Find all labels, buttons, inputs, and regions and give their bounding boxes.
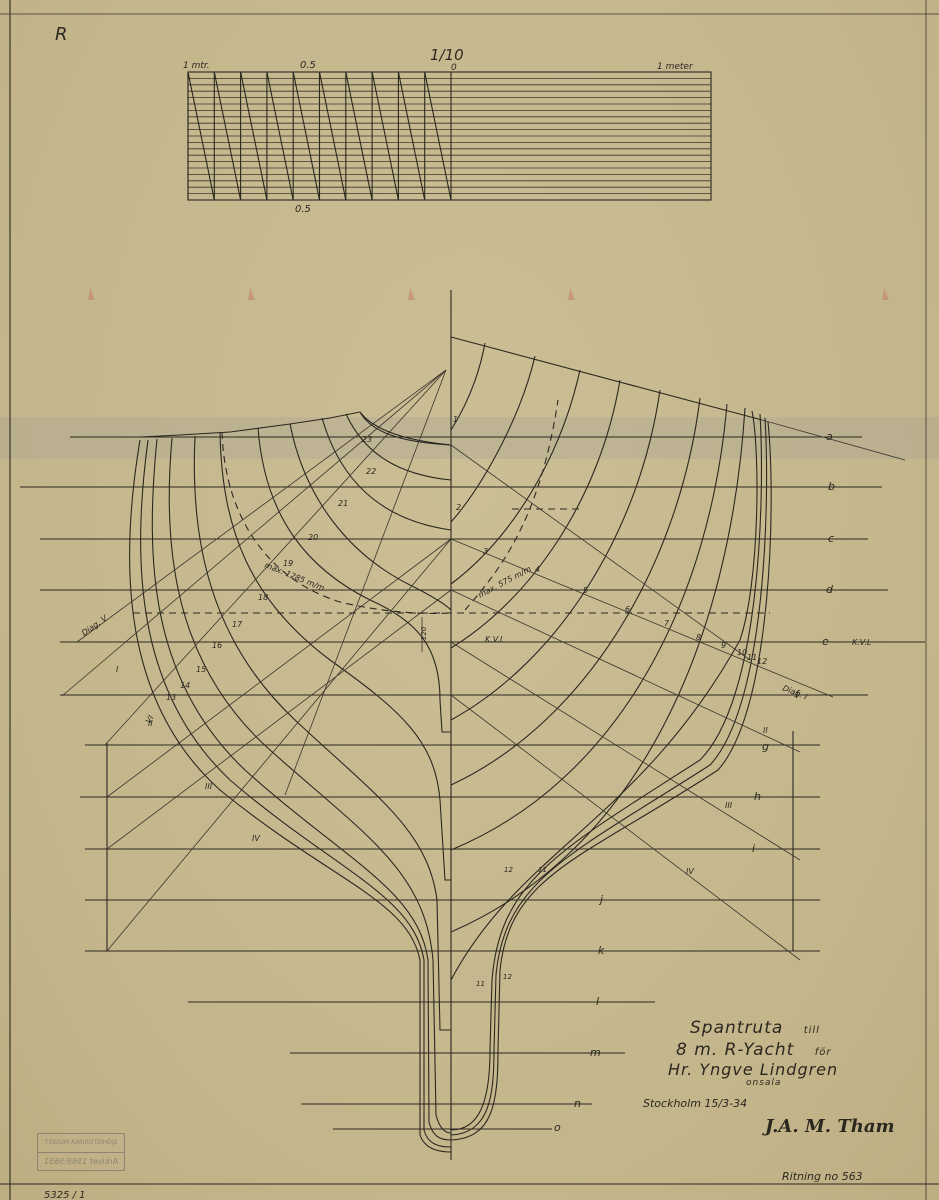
svg-text:11: 11 [476,980,485,988]
svg-text:20: 20 [308,533,318,542]
scale-left-label: 1 mtr. [183,61,210,71]
svg-text:II: II [148,719,153,728]
svg-text:I: I [116,665,119,674]
svg-text:10: 10 [737,648,747,657]
diagonals [62,370,833,960]
svg-text:11: 11 [538,866,547,874]
scale-bar: 1/10 1 mtr. 0.5 0 1 meter 0.5 [183,46,711,215]
svg-text:18: 18 [258,593,268,602]
svg-text:Diag. V: Diag. V [80,613,109,637]
dimension-label: 120 [420,626,428,640]
svg-text:13: 13 [166,693,176,702]
scale-zero-label: 0 [451,63,457,73]
svg-text:n: n [574,1097,581,1110]
svg-text:III: III [725,801,733,810]
svg-text:k: k [598,944,605,957]
svg-text:1: 1 [453,415,458,424]
scale-ratio: 1/10 [430,46,464,64]
scale-right-label: 1 meter [657,62,694,72]
scale-mid-bottom-label: 0.5 [295,204,311,215]
svg-text:IV: IV [686,867,694,876]
right-max-annotation: max. 575 m/m [477,564,533,600]
svg-text:III: III [205,782,213,791]
margin-note-bottom-left: 5325 / 1 [44,1190,86,1200]
title-line-4: onsala [746,1078,781,1088]
margin-note-top-left: R [55,24,68,45]
svg-text:12: 12 [504,866,513,874]
svg-text:3: 3 [483,547,488,556]
svg-text:11: 11 [747,653,757,662]
svg-text:b: b [828,480,835,493]
drawing-number: Ritning no 563 [782,1170,863,1183]
title-line-2: 8 m. R-Yacht för [676,1040,831,1060]
kvl-center-label: K.V.L [485,635,504,644]
svg-text:16: 16 [212,641,222,650]
svg-text:7: 7 [664,619,670,628]
place-date: Stockholm 15/3-34 [643,1097,747,1110]
svg-text:4: 4 [535,565,540,574]
svg-text:a: a [826,430,833,443]
svg-text:d: d [826,583,834,596]
svg-text:g: g [762,740,769,753]
svg-text:l: l [596,995,599,1008]
svg-text:21: 21 [338,499,348,508]
title-line-3: Hr. Yngve Lindgren [668,1060,838,1079]
svg-text:2: 2 [456,503,461,512]
svg-text:i: i [752,842,755,855]
svg-text:9: 9 [721,641,726,650]
svg-text:c: c [828,532,834,545]
signature: J.A. M. Tham [765,1116,895,1137]
svg-text:23: 23 [362,435,372,444]
scale-mid-top-label: 0.5 [300,60,316,71]
left-max-annotation: max. 1285 m/m [263,561,326,593]
svg-text:12: 12 [757,657,767,666]
svg-text:14: 14 [180,681,190,690]
svg-text:IV: IV [252,834,260,843]
svg-text:h: h [754,790,761,803]
svg-text:K.V.L: K.V.L [852,638,871,647]
museum-stamp: SJÖHISTORISKA MUSEET Arkivet 1969:5651 [37,1133,125,1171]
svg-text:5: 5 [583,586,588,595]
station-labels: 23 22 21 20 19 18 17 16 15 14 13 1 2 3 4… [166,415,767,702]
svg-text:19: 19 [283,559,293,568]
svg-text:6: 6 [625,605,630,614]
title-line-1: Spantruta till [690,1018,820,1038]
svg-text:e: e [822,635,829,648]
svg-text:8: 8 [696,633,701,642]
svg-text:22: 22 [366,467,376,476]
svg-text:m: m [590,1046,601,1059]
svg-text:15: 15 [196,665,206,674]
svg-text:II: II [763,726,768,735]
svg-text:17: 17 [232,620,243,629]
svg-text:12: 12 [503,973,512,981]
svg-text:o: o [554,1121,561,1134]
